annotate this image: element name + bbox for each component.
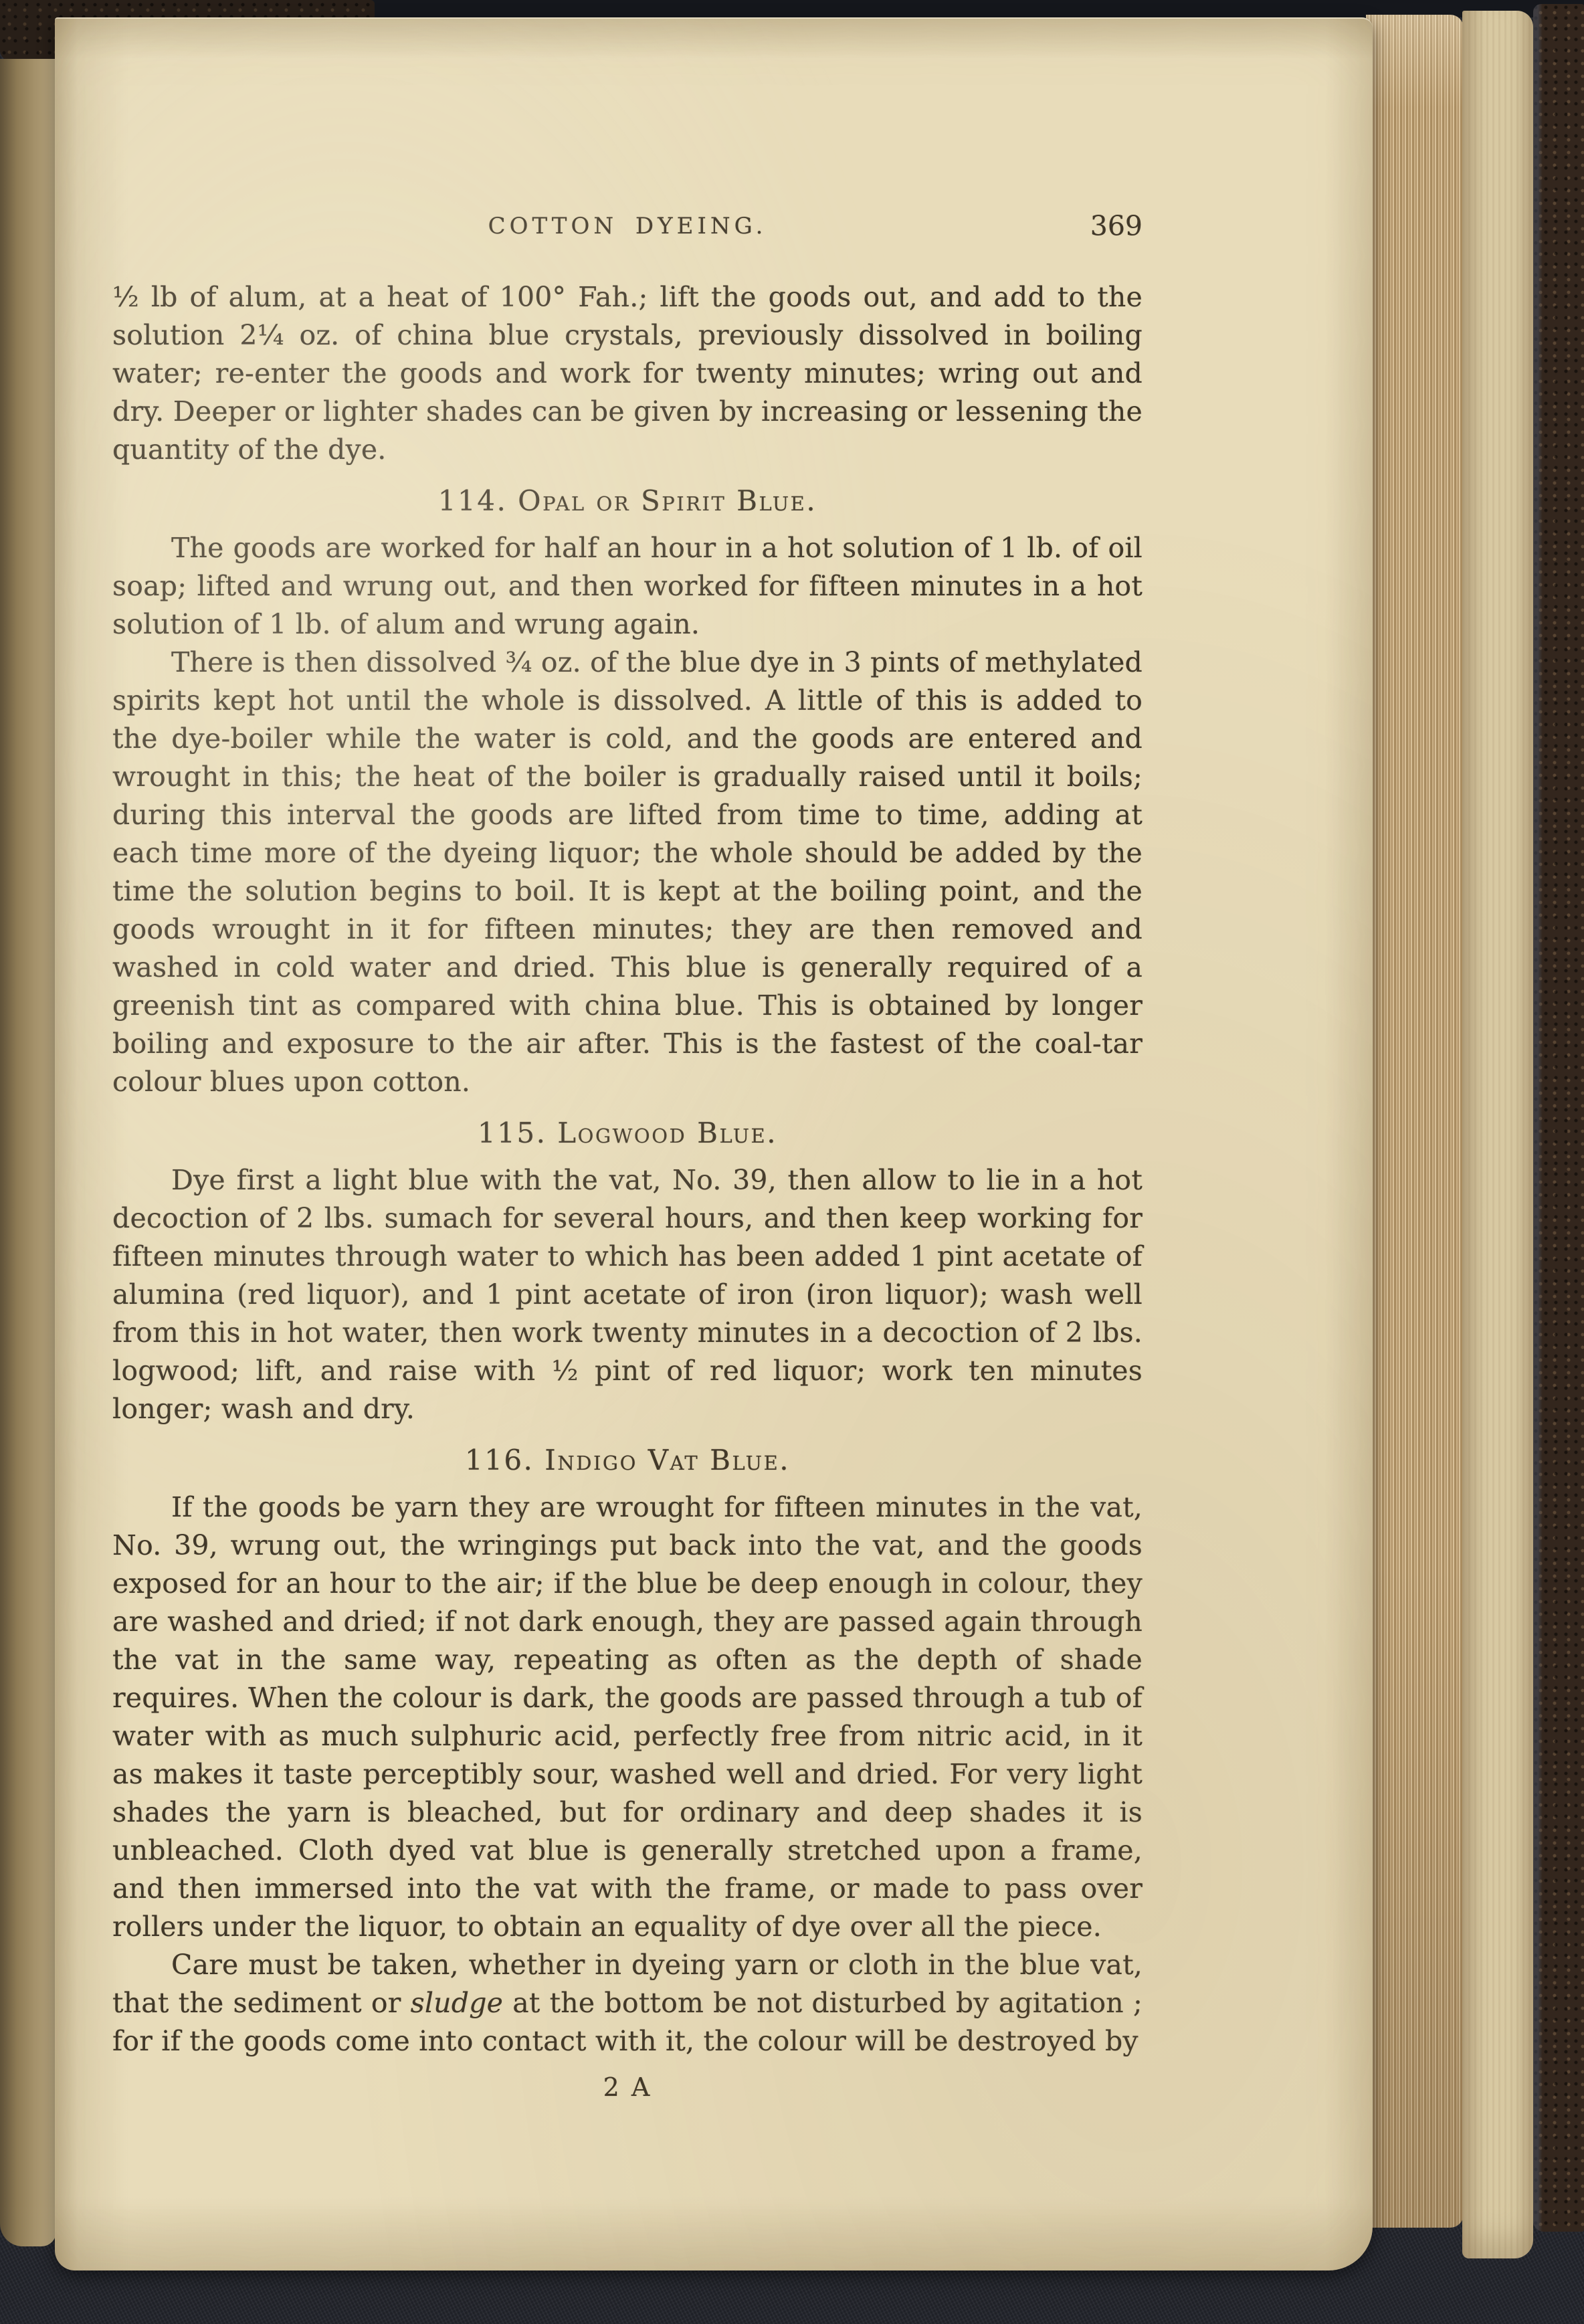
signature-mark: 2 A [112,2071,1143,2103]
section-heading-115: 115. Logwood Blue. [112,1116,1143,1151]
page-content: COTTON DYEING. 369 ½ lb of alum, at a he… [55,207,1373,2103]
closing-paragraph: Care must be taken, whether in dyeing ya… [112,1946,1143,2060]
book-cover-leather [1533,4,1584,2232]
page-header: COTTON DYEING. 369 [112,207,1143,245]
section-heading-116: 116. Indigo Vat Blue. [112,1443,1143,1478]
section-heading-114: 114. Opal or Spirit Blue. [112,484,1143,518]
book-page: COTTON DYEING. 369 ½ lb of alum, at a he… [55,17,1373,2270]
book-photograph: COTTON DYEING. 369 ½ lb of alum, at a he… [0,0,1584,2324]
paragraph: If the goods be yarn they are wrought fo… [112,1488,1143,1946]
page-edge-stack [1366,15,1464,2228]
underlying-page-edge [1462,11,1533,2258]
gutter-page-sliver [0,59,56,2246]
paragraph: Dye first a light blue with the vat, No.… [112,1161,1143,1428]
paragraph: There is then dissolved ¾ oz. of the blu… [112,644,1143,1101]
paragraph-continuation: ½ lb of alum, at a heat of 100° Fah.; li… [112,278,1143,469]
paragraph: The goods are worked for half an hour in… [112,529,1143,644]
page-number: 369 [1090,207,1143,245]
italic-word-sludge: sludge [411,1987,504,2019]
running-title: COTTON DYEING. [112,207,1143,245]
